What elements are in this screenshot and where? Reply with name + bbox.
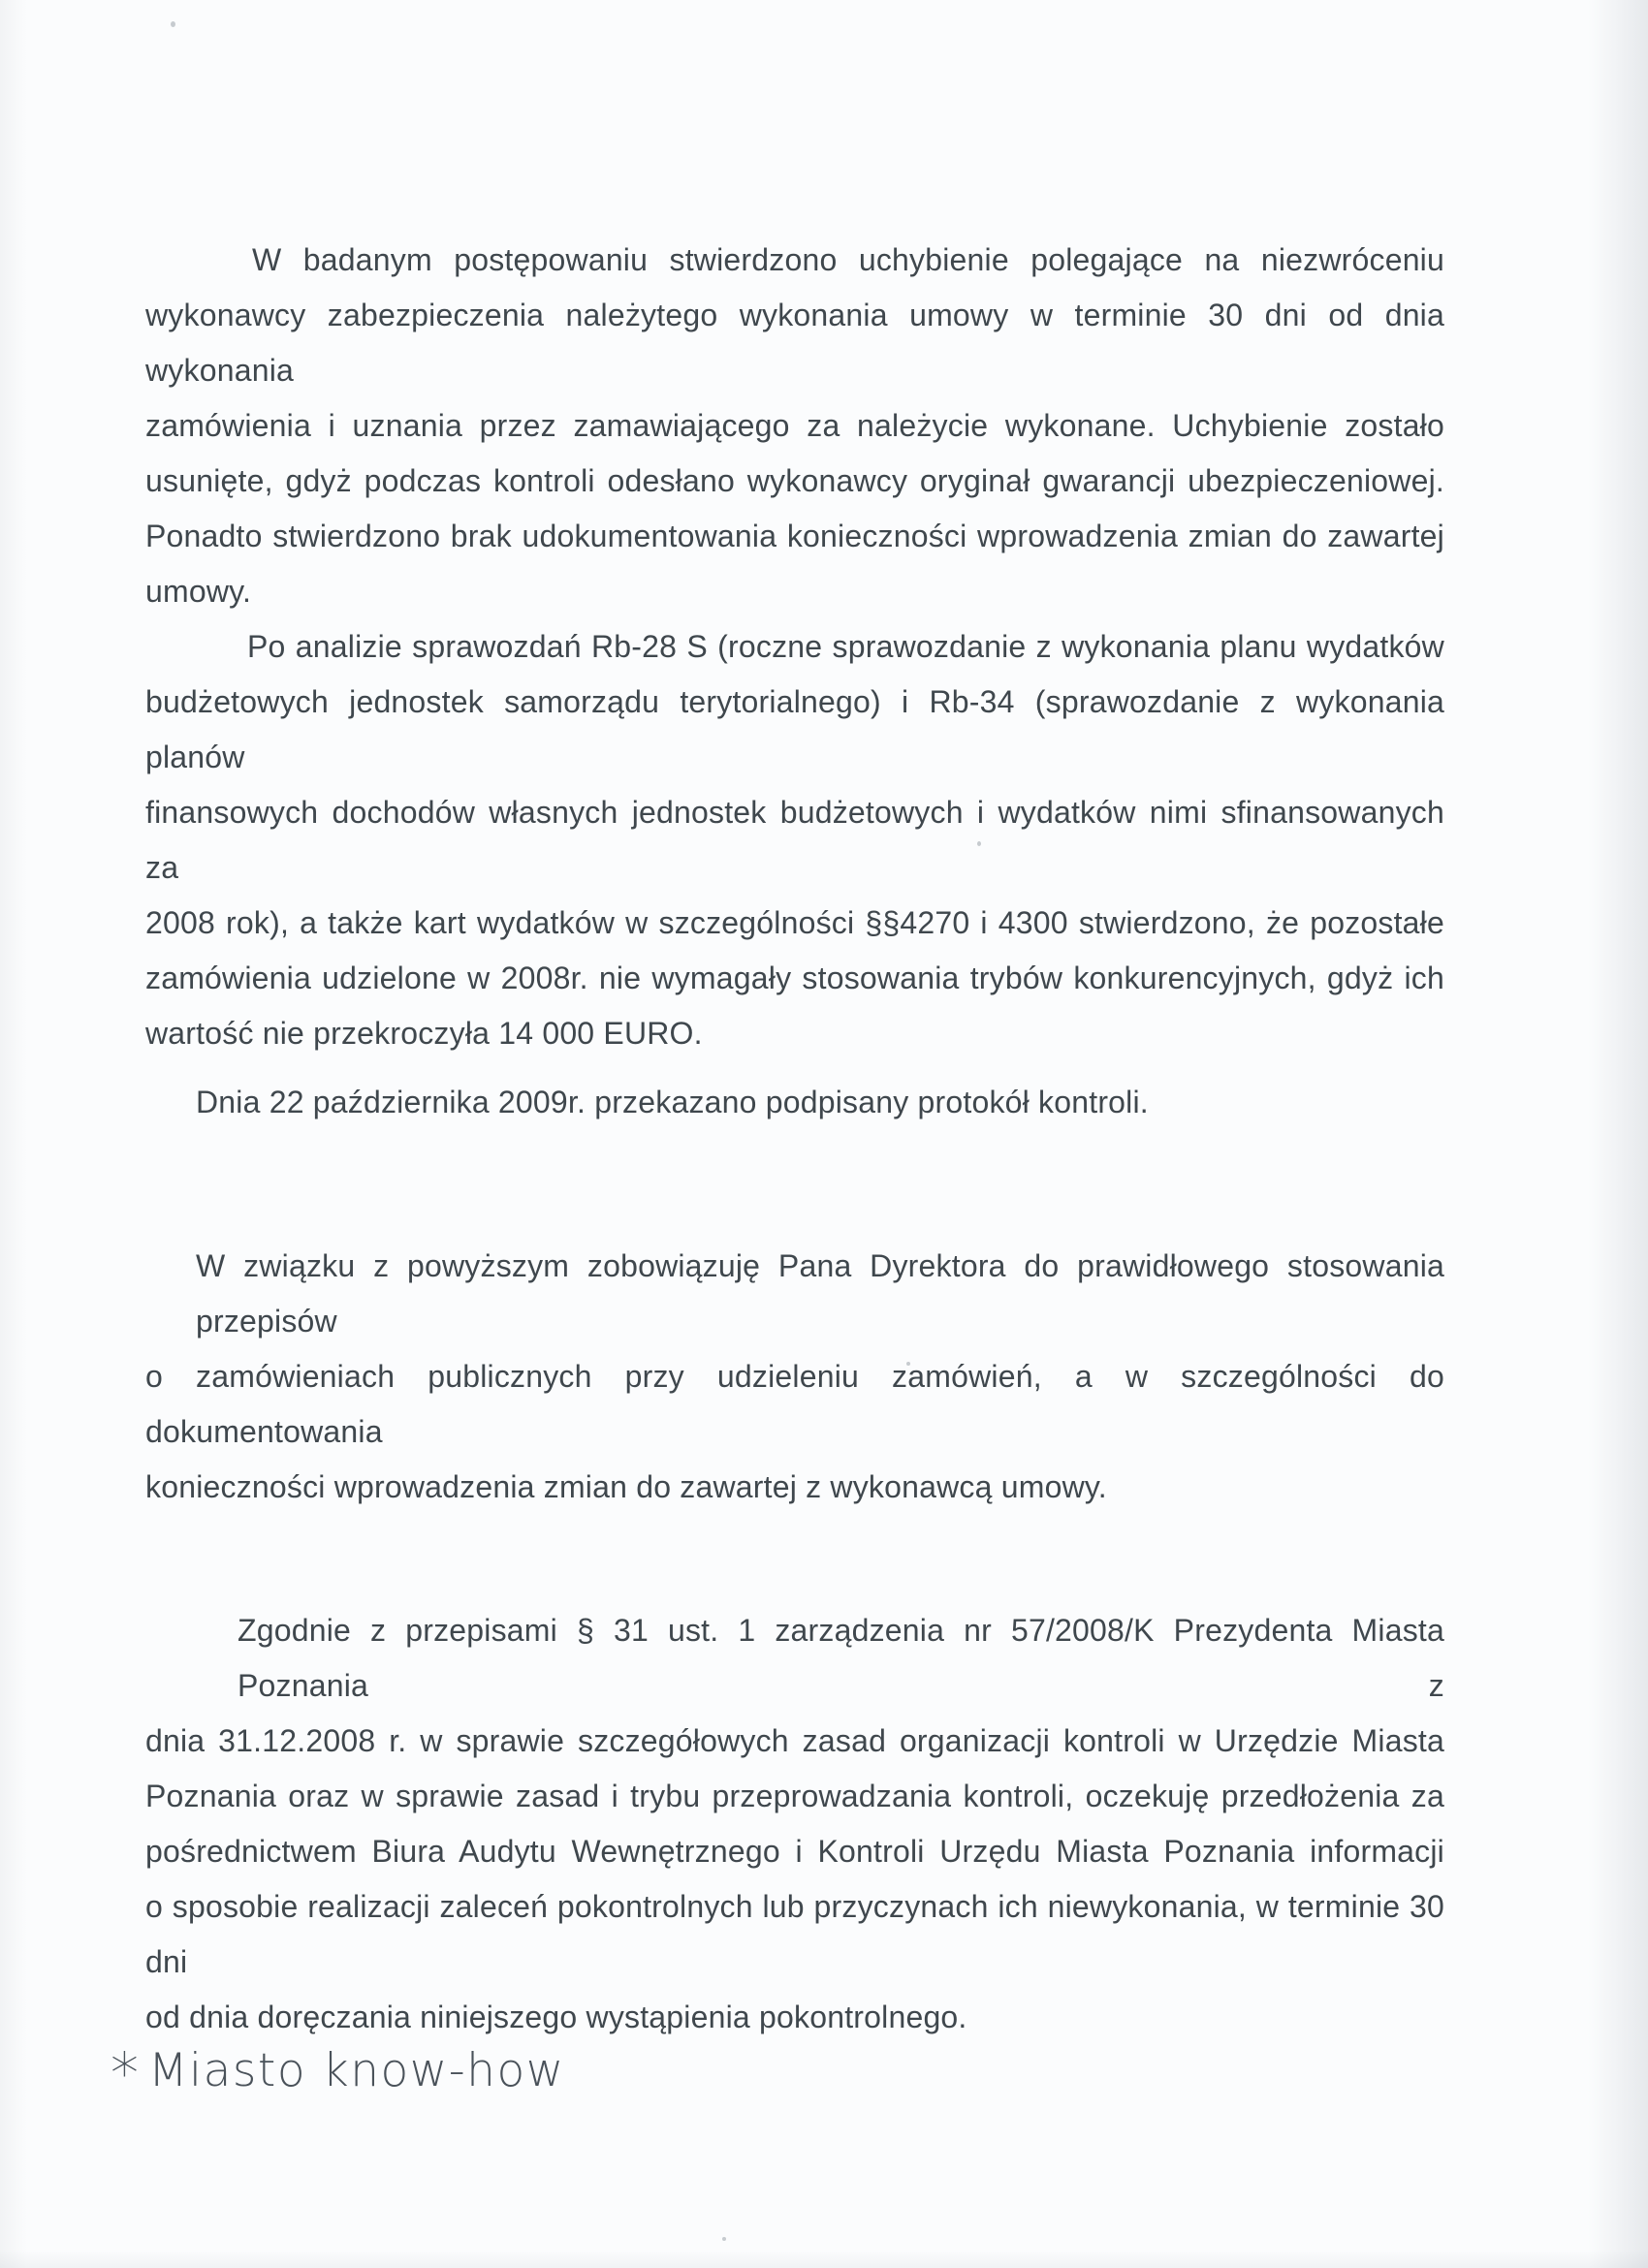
paragraph-audit-finding: W badanym postępowaniu stwierdzono uchyb…	[145, 233, 1444, 619]
text-line: zamówienia i uznania przez zamawiającego…	[145, 398, 1444, 454]
scanned-document-page: W badanym postępowaniu stwierdzono uchyb…	[0, 0, 1648, 2268]
text-line: od dnia doręczania niniejszego wystąpien…	[145, 1990, 1444, 2045]
scan-speck	[722, 2237, 726, 2241]
text-line: W badanym postępowaniu stwierdzono uchyb…	[145, 233, 1444, 288]
asterisk-icon: *	[111, 2045, 139, 2101]
paragraph-legal-basis: Zgodnie z przepisami § 31 ust. 1 zarządz…	[145, 1603, 1444, 2045]
text-line: umowy.	[145, 564, 1444, 619]
scan-speck	[977, 841, 981, 846]
text-line: usunięte, gdyż podczas kontroli odesłano…	[145, 454, 1444, 509]
text-line: konieczności wprowadzenia zmian do zawar…	[145, 1460, 1444, 1515]
text-line: 2008 rok), a także kart wydatków w szcze…	[145, 896, 1444, 951]
text-line: finansowych dochodów własnych jednostek …	[145, 785, 1444, 896]
text-line: wartość nie przekroczyła 14 000 EURO.	[145, 1006, 1444, 1061]
text-line: Dnia 22 października 2009r. przekazano p…	[145, 1075, 1444, 1130]
text-line: dnia 31.12.2008 r. w sprawie szczegółowy…	[145, 1714, 1444, 1769]
text-line: budżetowych jednostek samorządu terytori…	[145, 675, 1444, 785]
text-line: zamówienia udzielone w 2008r. nie wymaga…	[145, 951, 1444, 1006]
paragraph-report-analysis: Po analizie sprawozdań Rb-28 S (roczne s…	[145, 619, 1444, 1061]
scan-speck	[171, 21, 175, 27]
text-line: o zamówieniach publicznych przy udzielen…	[145, 1349, 1444, 1460]
text-line: Po analizie sprawozdań Rb-28 S (roczne s…	[145, 619, 1444, 675]
text-line: o sposobie realizacji zaleceń pokontroln…	[145, 1879, 1444, 1990]
logo-text: Miasto know-how	[148, 2043, 565, 2099]
document-body: W badanym postępowaniu stwierdzono uchyb…	[145, 233, 1444, 2045]
text-line: pośrednictwem Biura Audytu Wewnętrznego …	[145, 1824, 1444, 1879]
text-line: wykonawcy zabezpieczenia należytego wyko…	[145, 288, 1444, 398]
paragraph-obligation: W związku z powyższym zobowiązuję Pana D…	[145, 1239, 1444, 1515]
paragraph-protocol-handover: Dnia 22 października 2009r. przekazano p…	[145, 1075, 1444, 1130]
text-line: Poznania oraz w sprawie zasad i trybu pr…	[145, 1769, 1444, 1824]
scan-speck	[906, 1362, 910, 1366]
miasto-know-how-logo: * Miasto know-how	[111, 2043, 565, 2099]
text-line: W związku z powyższym zobowiązuję Pana D…	[145, 1239, 1444, 1349]
text-line: Ponadto stwierdzono brak udokumentowania…	[145, 509, 1444, 564]
text-line: Zgodnie z przepisami § 31 ust. 1 zarządz…	[145, 1603, 1444, 1714]
